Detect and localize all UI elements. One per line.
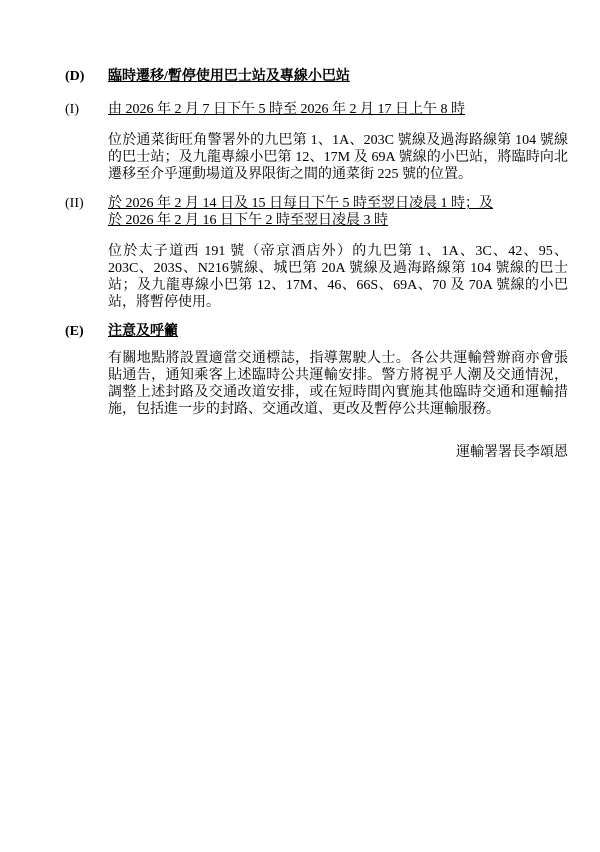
item-1-body: 位於通菜街旺角警署外的九巴第 1、1A、203C 號線及過海路線第 104 號線… — [108, 132, 568, 183]
section-e-content: 注意及呼籲 — [108, 323, 568, 340]
item-2-dateline-row: (II) 於 2026 年 2 月 14 日及 15 日每日下午 5 時至翌日凌… — [65, 195, 568, 229]
section-e: (E) 注意及呼籲 — [65, 323, 568, 340]
section-d: (D) 臨時遷移/暫停使用巴士站及專線小巴站 — [65, 68, 568, 85]
signature-row: 運輸署署長李頌恩 — [65, 444, 568, 461]
item-2-dateline-line1: 於 2026 年 2 月 14 日及 15 日每日下午 5 時至翌日凌晨 1 時… — [108, 196, 493, 211]
item-1-label: (I) — [65, 101, 108, 118]
item-2-body-row: 位於太子道西 191 號（帝京酒店外）的九巴第 1、1A、3C、42、95、20… — [65, 243, 568, 311]
section-d-label: (D) — [65, 68, 108, 85]
section-d-content: 臨時遷移/暫停使用巴士站及專線小巴站 — [108, 68, 568, 85]
section-e-heading: 注意及呼籲 — [108, 324, 178, 339]
item-1-dateline: 由 2026 年 2 月 7 日下午 5 時至 2026 年 2 月 17 日上… — [108, 102, 465, 117]
section-e-body: 有關地點將設置適當交通標誌，指導駕駛人士。各公共運輸營辦商亦會張貼通告，通知乘客… — [108, 350, 568, 418]
item-1-dateline-row: (I) 由 2026 年 2 月 7 日下午 5 時至 2026 年 2 月 1… — [65, 101, 568, 118]
signature: 運輸署署長李頌恩 — [456, 445, 568, 460]
item-2-dateline-line2-wrap: 於 2026 年 2 月 16 日下午 2 時至翌日凌晨 3 時 — [108, 212, 568, 229]
item-1-dateline-content: 由 2026 年 2 月 7 日下午 5 時至 2026 年 2 月 17 日上… — [108, 101, 568, 118]
section-e-body-row: 有關地點將設置適當交通標誌，指導駕駛人士。各公共運輸營辦商亦會張貼通告，通知乘客… — [65, 350, 568, 418]
item-2-dateline-line1-wrap: 於 2026 年 2 月 14 日及 15 日每日下午 5 時至翌日凌晨 1 時… — [108, 195, 568, 212]
item-1-body-row: 位於通菜街旺角警署外的九巴第 1、1A、203C 號線及過海路線第 104 號線… — [65, 132, 568, 183]
item-2-body: 位於太子道西 191 號（帝京酒店外）的九巴第 1、1A、3C、42、95、20… — [108, 243, 568, 311]
item-2-dateline-line2: 於 2026 年 2 月 16 日下午 2 時至翌日凌晨 3 時 — [108, 213, 388, 228]
notice-document-page: (D) 臨時遷移/暫停使用巴士站及專線小巴站 (I) 由 2026 年 2 月 … — [0, 0, 600, 852]
section-e-label: (E) — [65, 323, 108, 340]
section-d-heading: 臨時遷移/暫停使用巴士站及專線小巴站 — [108, 69, 350, 84]
item-2-label: (II) — [65, 195, 108, 212]
item-2-dateline-content: 於 2026 年 2 月 14 日及 15 日每日下午 5 時至翌日凌晨 1 時… — [108, 195, 568, 229]
